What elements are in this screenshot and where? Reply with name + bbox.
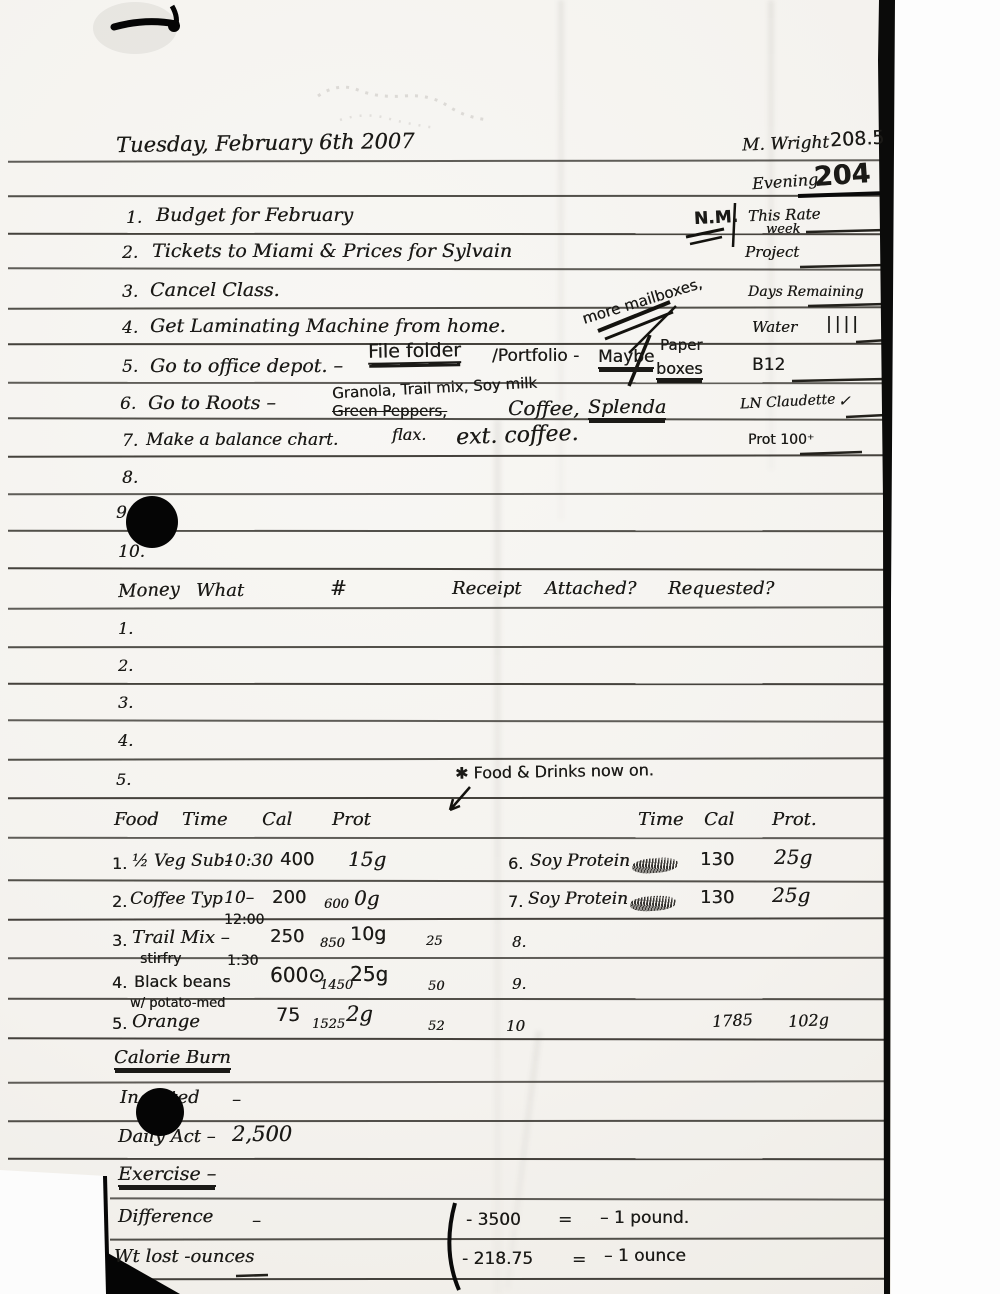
wt-lost-label: Wt lost -ounces [114,1246,254,1267]
author-name: M. Wright [742,132,830,155]
food-row-num: 10 [506,1017,525,1035]
money-header: Requested? [668,578,774,599]
food-item: ½ Veg Sub– [132,851,233,871]
money-row-num: 3. [118,693,133,712]
margin-b12: B12 [752,355,785,375]
money-header: Attached? [545,578,636,599]
food-time: 12:00 [224,912,264,928]
todo-item: Go to office depot. – [150,355,343,377]
food-item: Soy Protein [528,889,628,909]
food-prot-cumulative: 52 [428,1019,445,1034]
todo-num: 3. [122,282,138,302]
food-header: Prot [332,809,371,830]
option-paper: Paper [660,336,702,354]
todo-num: 4. [122,318,138,338]
todo-num: 2. [122,243,138,263]
water-tally-marks: |||| [826,314,861,334]
todo-item: Tickets to Miami & Prices for Sylvain [152,240,512,262]
todo-item: Go to Roots – [148,392,276,414]
equation-pound: – 1 pound. [600,1208,689,1228]
food-header: Prot. [772,809,817,830]
money-row-num: 1. [118,619,133,638]
food-total-cal: 1785 [712,1010,754,1031]
date-heading: Tuesday, February 6th 2007 [116,129,415,157]
food-header: Food [114,809,159,830]
ruled-line [110,1278,888,1280]
note-ext-coffee: ext. coffee. [456,421,579,450]
food-cal: 250 [270,926,304,947]
food-prot: 25g [774,845,812,869]
food-cal: 75 [276,1004,300,1026]
food-row-num: 3. [112,931,127,950]
option-boxes: boxes [656,359,703,380]
food-cal-cumulative: 600 [324,897,349,912]
option-maybe: Maybe [598,347,654,369]
paper-crease [494,420,501,1294]
hole-punch-mark [126,496,178,548]
margin-prot-100: Prot 100⁺ [748,432,814,448]
difference-dash: – [252,1210,261,1231]
food-header: Time [182,809,227,830]
margin-nm: N.M. [694,207,739,229]
ingested-dash: – [232,1089,241,1110]
margin-days-remaining: Days Remaining [748,284,864,300]
food-row-num: 2. [112,892,127,911]
equation-calories: - 218.75 [462,1249,533,1269]
food-item: Coffee Typ [130,889,223,909]
food-total-prot: 102g [788,1010,830,1031]
exercise-label: Exercise – [118,1163,216,1187]
equation-calories: - 3500 [466,1210,521,1230]
money-header: # [330,576,347,600]
food-item: Trail Mix – [132,927,230,948]
food-cal: 200 [272,887,306,908]
food-row-num: 8. [512,933,526,951]
morning-weight: 208.5 [829,127,884,152]
food-prot: 2g [346,1002,373,1026]
todo-num: 8. [122,468,138,488]
todo-num: 1. [126,208,142,228]
note-flax: flax. [392,425,426,444]
food-item: Black beans [134,972,231,991]
equals-sign: = [558,1210,572,1230]
margin-week: week [766,222,800,237]
food-row-num: 9. [512,975,526,993]
equation-ounce: – 1 ounce [604,1246,686,1266]
food-note: ✱ Food & Drinks now on. [455,760,654,782]
food-time: 10:30 [224,851,273,871]
food-prot-cumulative: 50 [428,979,445,994]
food-header: Cal [704,809,734,830]
todo-item: Make a balance chart. [146,430,338,450]
food-prot: 15g [348,847,386,871]
evening-weight: 204 [813,158,871,193]
food-cal-cumulative: 1450 [320,978,353,993]
grocery-coffee: Coffee, [508,396,580,420]
food-note-above: stirfry [140,951,181,967]
todo-item: Budget for February [156,204,353,226]
food-item: Orange [132,1011,200,1032]
todo-num: 7. [122,431,138,451]
difference-label: Difference [118,1206,213,1227]
hole-punch-mark [136,1088,184,1136]
food-cal: 400 [280,849,314,870]
option-file-folder: File folder [368,339,461,365]
grocery-green-peppers: Green Peppers, [332,402,447,420]
equals-sign: = [572,1250,586,1270]
food-time: 10– [224,888,254,908]
food-prot: 0g [354,886,380,910]
food-header: Cal [262,809,292,830]
food-cal: 130 [700,887,734,908]
food-cal-cumulative: 1525 [312,1017,345,1032]
margin-project: Project [745,243,799,261]
daily-act-value: 2,500 [232,1122,292,1146]
food-prot-cumulative: 25 [426,934,443,949]
food-row-num: 7. [508,892,523,911]
food-time: 1:30 [227,953,258,969]
money-header: What [196,580,244,601]
food-cal: 130 [700,849,734,870]
money-row-num: 4. [118,731,133,750]
margin-water: Water [752,318,797,336]
food-prot: 25g [350,962,388,986]
food-item: Soy Protein [530,851,630,871]
grocery-splenda: Splenda [588,396,666,420]
scanned-journal-page: Tuesday, February 6th 2007 M. Wright 208… [0,0,1000,1294]
food-header: Time [638,809,683,830]
food-row-num: 4. [112,973,127,992]
food-note-below: w/ potato-med [130,996,225,1011]
money-header: Receipt [452,578,521,599]
money-header: Money [118,579,180,602]
food-cal: 600⊙ [270,963,325,987]
food-cal-cumulative: 850 [320,936,345,951]
money-row-num: 2. [118,656,133,675]
todo-item: Get Laminating Machine from home. [150,315,506,337]
calorie-burn-title: Calorie Burn [114,1047,231,1070]
food-row-num: 1. [112,854,127,873]
food-row-num: 6. [508,854,523,873]
todo-num: 5. [122,357,138,377]
todo-num: 6. [120,394,136,414]
food-row-num: 5. [112,1014,127,1033]
food-prot: 25g [772,883,810,907]
money-row-num: 5. [116,770,131,789]
food-prot: 10g [350,923,386,945]
checkmark-icon: ✓ [838,392,851,410]
todo-item: Cancel Class. [150,279,280,301]
option-portfolio: /Portfolio - [492,346,579,366]
